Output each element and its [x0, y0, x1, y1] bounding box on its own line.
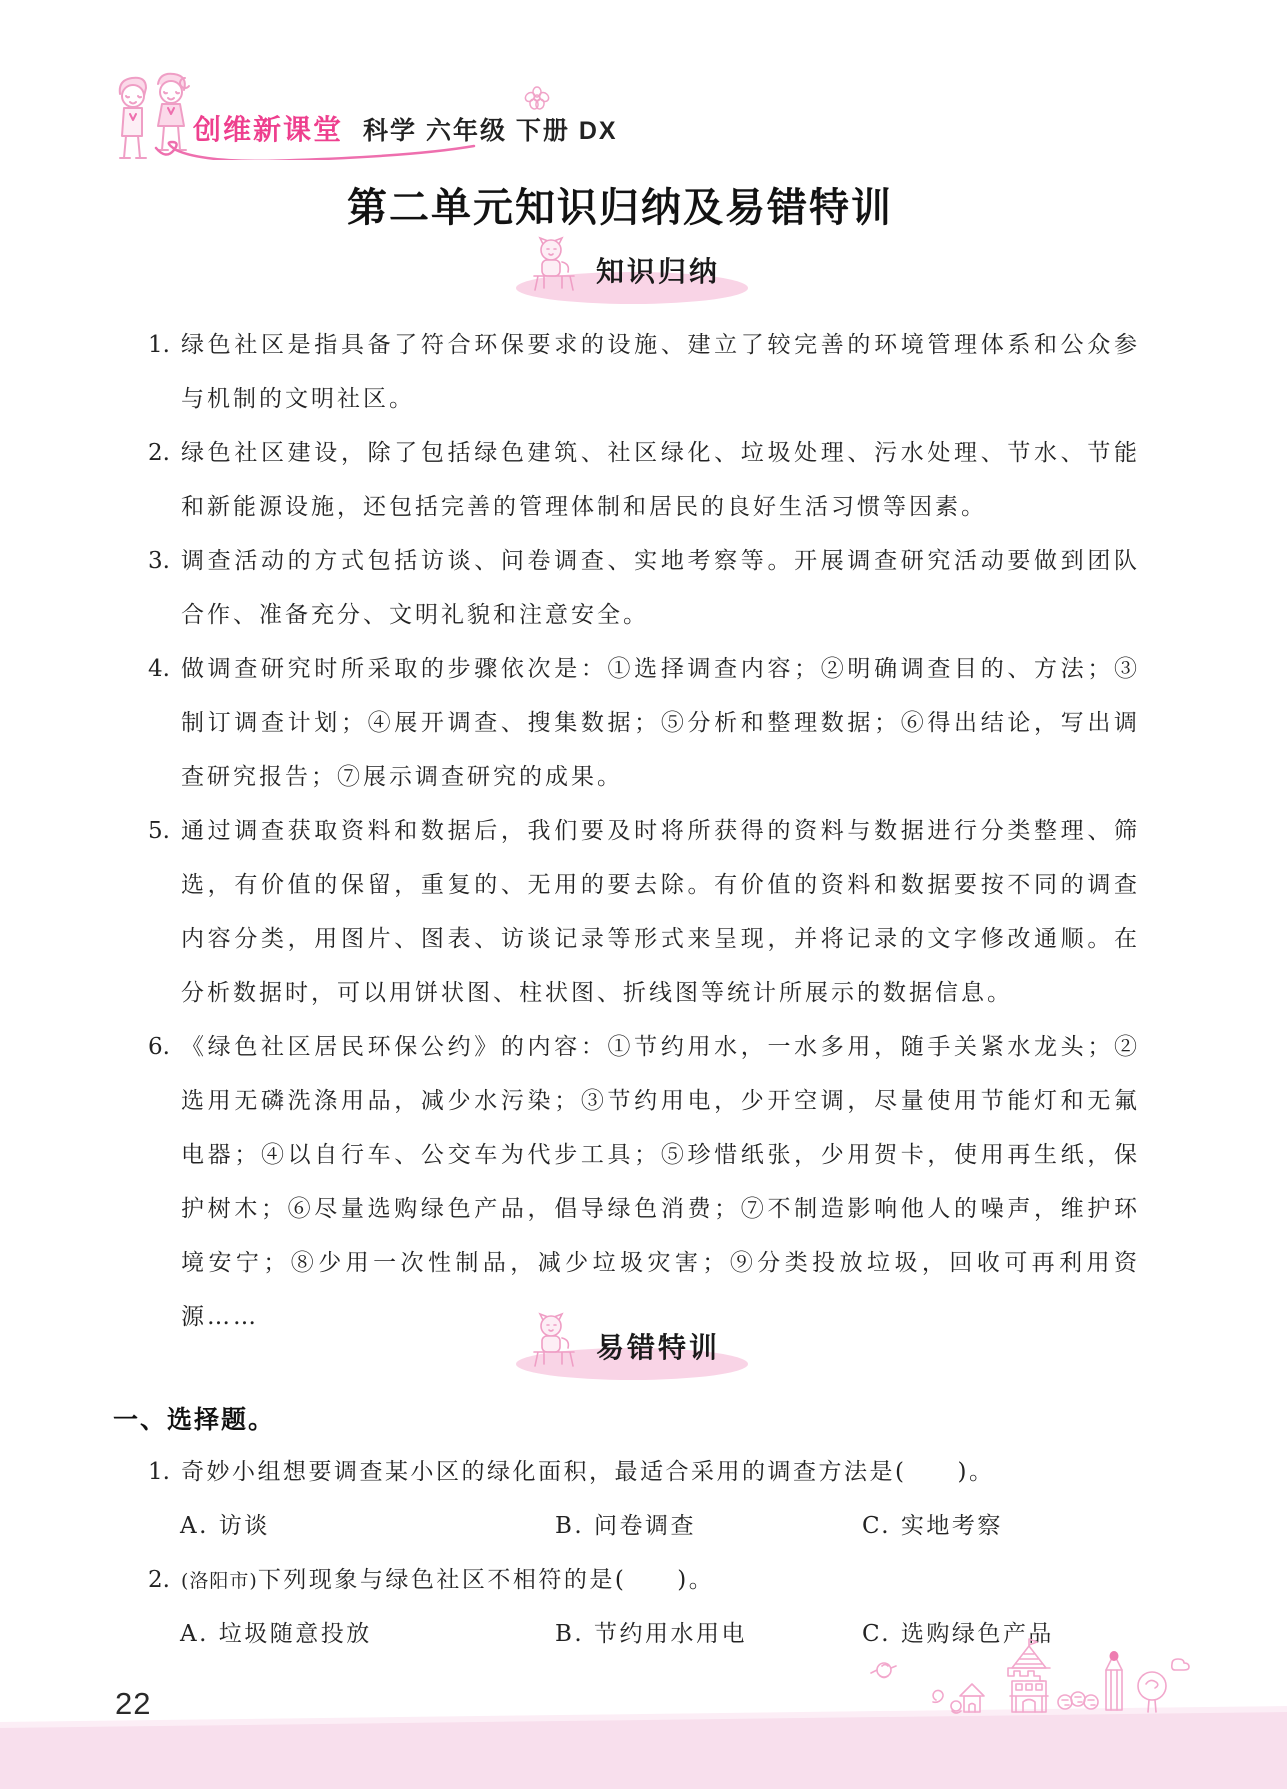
page-header: 创维新课堂 科学 六年级 下册 DX: [0, 0, 1287, 160]
item-number: 5.: [148, 804, 170, 858]
flower-icon: [522, 84, 552, 118]
badge-label-knowledge: 知识归纳: [596, 250, 720, 290]
option-a: A. 垃圾随意投放: [180, 1615, 372, 1648]
question-text: 奇妙小组想要调查某小区的绿化面积，最适合采用的调查方法是( )。: [181, 1459, 994, 1485]
choice-part-title: 一、选择题。: [113, 1400, 275, 1436]
option-a: A. 访谈: [180, 1507, 270, 1540]
badge-label-training: 易错特训: [596, 1326, 720, 1366]
cat-mascot-icon: [522, 232, 586, 296]
item-number: 4.: [148, 642, 170, 696]
question-source: (洛阳市): [181, 1570, 258, 1592]
item-text: 做调查研究时所采取的步骤依次是：①选择调查内容；②明确调查目的、方法；③制订调查…: [181, 656, 1140, 790]
question-number: 2.: [148, 1567, 181, 1593]
castle-icon: [1008, 1639, 1050, 1712]
page-title: 第二单元知识归纳及易错特训: [100, 176, 1140, 233]
section-badge-training: 易错特训: [516, 1312, 816, 1392]
page-number: 22: [115, 1686, 151, 1722]
swirl-icon: [933, 1690, 943, 1702]
question-text: 下列现象与绿色社区不相符的是( )。: [258, 1567, 714, 1593]
header-brandline: 创维新课堂 科学 六年级 下册 DX: [193, 108, 618, 148]
question-number: 1.: [148, 1459, 181, 1485]
question-1: 1.奇妙小组想要调查某小区的绿化面积，最适合采用的调查方法是( )。: [148, 1453, 1148, 1486]
knowledge-item: 5. 通过调查获取资料和数据后，我们要及时将所获得的资料与数据进行分类整理、筛选…: [148, 804, 1140, 1020]
book-subject: 科学 六年级 下册 DX: [363, 111, 618, 147]
knowledge-item: 2. 绿色社区建设，除了包括绿色建筑、社区绿化、垃圾处理、污水处理、节水、节能和…: [148, 426, 1140, 534]
question-2: 2.(洛阳市)下列现象与绿色社区不相符的是( )。: [148, 1561, 1148, 1594]
knowledge-item: 4. 做调查研究时所采取的步骤依次是：①选择调查内容；②明确调查目的、方法；③制…: [148, 642, 1140, 804]
knowledge-item: 1. 绿色社区是指具备了符合环保要求的设施、建立了较完善的环境管理体系和公众参与…: [148, 318, 1140, 426]
cloud-icon: [1172, 1659, 1189, 1670]
item-text: 绿色社区是指具备了符合环保要求的设施、建立了较完善的环境管理体系和公众参与机制的…: [181, 332, 1140, 412]
option-c: C. 实地考察: [862, 1507, 1003, 1540]
section-badge-knowledge: 知识归纳: [516, 236, 816, 316]
item-number: 3.: [148, 534, 170, 588]
knowledge-item: 6. 《绿色社区居民环保公约》的内容：①节约用水，一水多用，随手关紧水龙头；②选…: [148, 1020, 1140, 1344]
pencil-icon: [1106, 1651, 1122, 1710]
item-text: 《绿色社区居民环保公约》的内容：①节约用水，一水多用，随手关紧水龙头；②选用无磷…: [181, 1034, 1140, 1330]
item-number: 6.: [148, 1020, 170, 1074]
item-number: 1.: [148, 318, 170, 372]
item-text: 调查活动的方式包括访谈、问卷调查、实地考察等。开展调查研究活动要做到团队合作、准…: [181, 548, 1140, 628]
item-text: 绿色社区建设，除了包括绿色建筑、社区绿化、垃圾处理、污水处理、节水、节能和新能源…: [181, 440, 1140, 520]
brand-name: 创维新课堂: [193, 108, 343, 148]
knowledge-list: 1. 绿色社区是指具备了符合环保要求的设施、建立了较完善的环境管理体系和公众参与…: [148, 318, 1140, 1344]
bird-icon: [871, 1663, 896, 1678]
cat-mascot-icon: [522, 1308, 586, 1372]
option-b: B. 问卷调查: [555, 1507, 696, 1540]
small-house-icon: [951, 1684, 984, 1713]
bushes-icon: [1058, 1692, 1098, 1709]
tree-icon: [1138, 1672, 1166, 1712]
option-b: B. 节约用水用电: [555, 1615, 747, 1648]
knowledge-item: 3. 调查活动的方式包括访谈、问卷调查、实地考察等。开展调查研究活动要做到团队合…: [148, 534, 1140, 642]
footer-decoration-svg: [852, 1638, 1192, 1720]
item-text: 通过调查获取资料和数据后，我们要及时将所获得的资料与数据进行分类整理、筛选，有价…: [181, 818, 1140, 1006]
question-1-options: A. 访谈 B. 问卷调查 C. 实地考察: [180, 1507, 1180, 1541]
item-number: 2.: [148, 426, 170, 480]
workbook-page: 创维新课堂 科学 六年级 下册 DX 第二单元知识归纳及易错特训: [0, 0, 1287, 1789]
